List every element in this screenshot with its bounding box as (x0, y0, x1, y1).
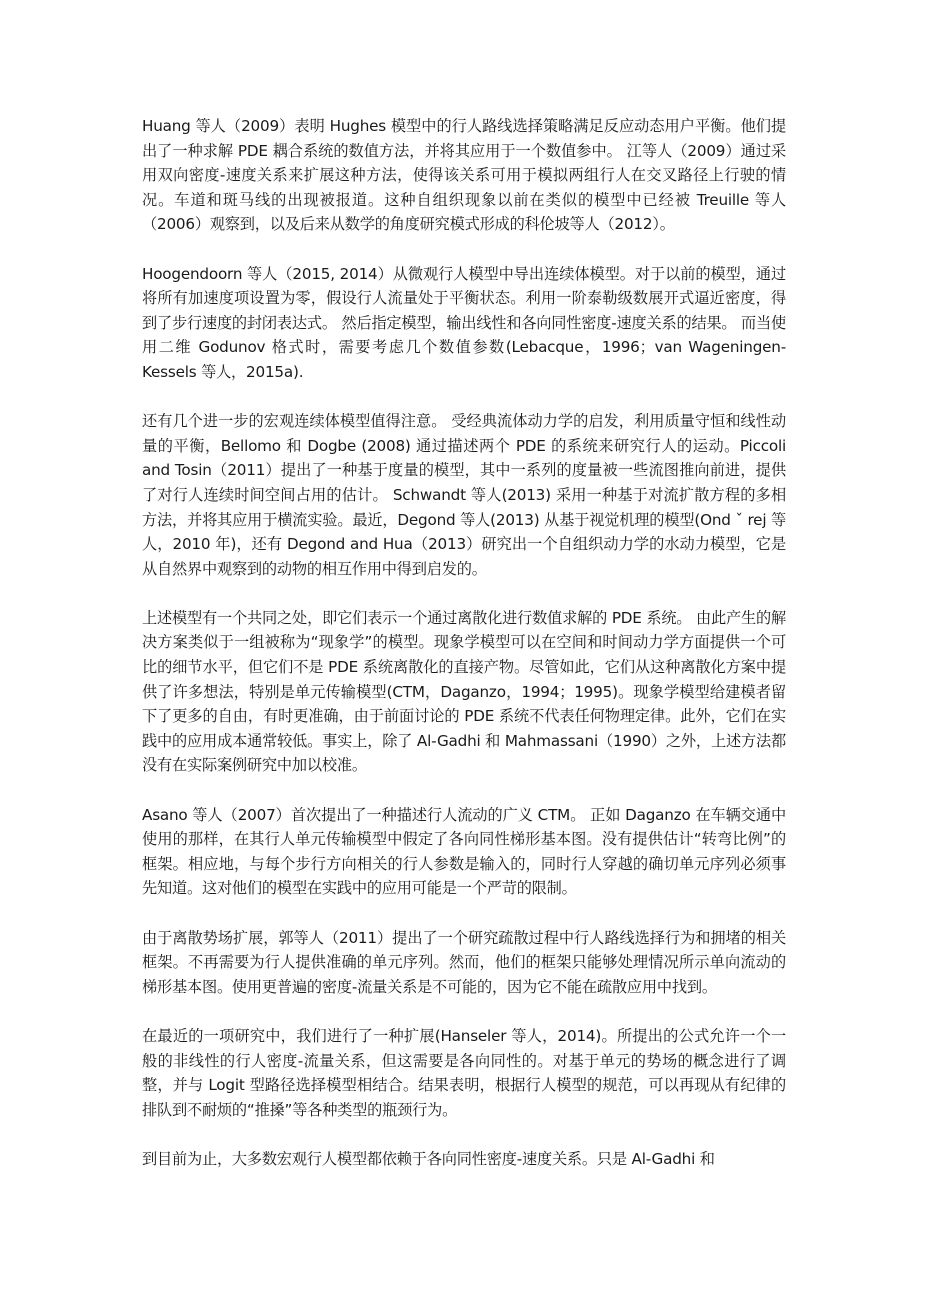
paragraph-huang: Huang 等人（2009）表明 Hughes 模型中的行人路线选择策略满足反应… (142, 114, 786, 237)
paragraph-guo: 由于离散势场扩展，郭等人（2011）提出了一个研究疏散过程中行人路线选择行为和拥… (142, 926, 786, 1000)
paragraph-isotropic: 到目前为止，大多数宏观行人模型都依赖于各向同性密度-速度关系。只是 Al-Gad… (142, 1147, 786, 1172)
paragraph-phenomenological: 上述模型有一个共同之处，即它们表示一个通过离散化进行数值求解的 PDE 系统。 … (142, 606, 786, 778)
paragraph-continuum-models: 还有几个进一步的宏观连续体模型值得注意。 受经典流体动力学的启发，利用质量守恒和… (142, 409, 786, 581)
paragraph-hanseler: 在最近的一项研究中，我们进行了一种扩展(Hanseler 等人，2014)。所提… (142, 1024, 786, 1122)
paragraph-asano: Asano 等人（2007）首次提出了一种描述行人流动的广义 CTM。 正如 D… (142, 803, 786, 901)
document-page: Huang 等人（2009）表明 Hughes 模型中的行人路线选择策略满足反应… (142, 114, 786, 1196)
paragraph-hoogendoorn: Hoogendoorn 等人（2015, 2014）从微观行人模型中导出连续体模… (142, 262, 786, 385)
